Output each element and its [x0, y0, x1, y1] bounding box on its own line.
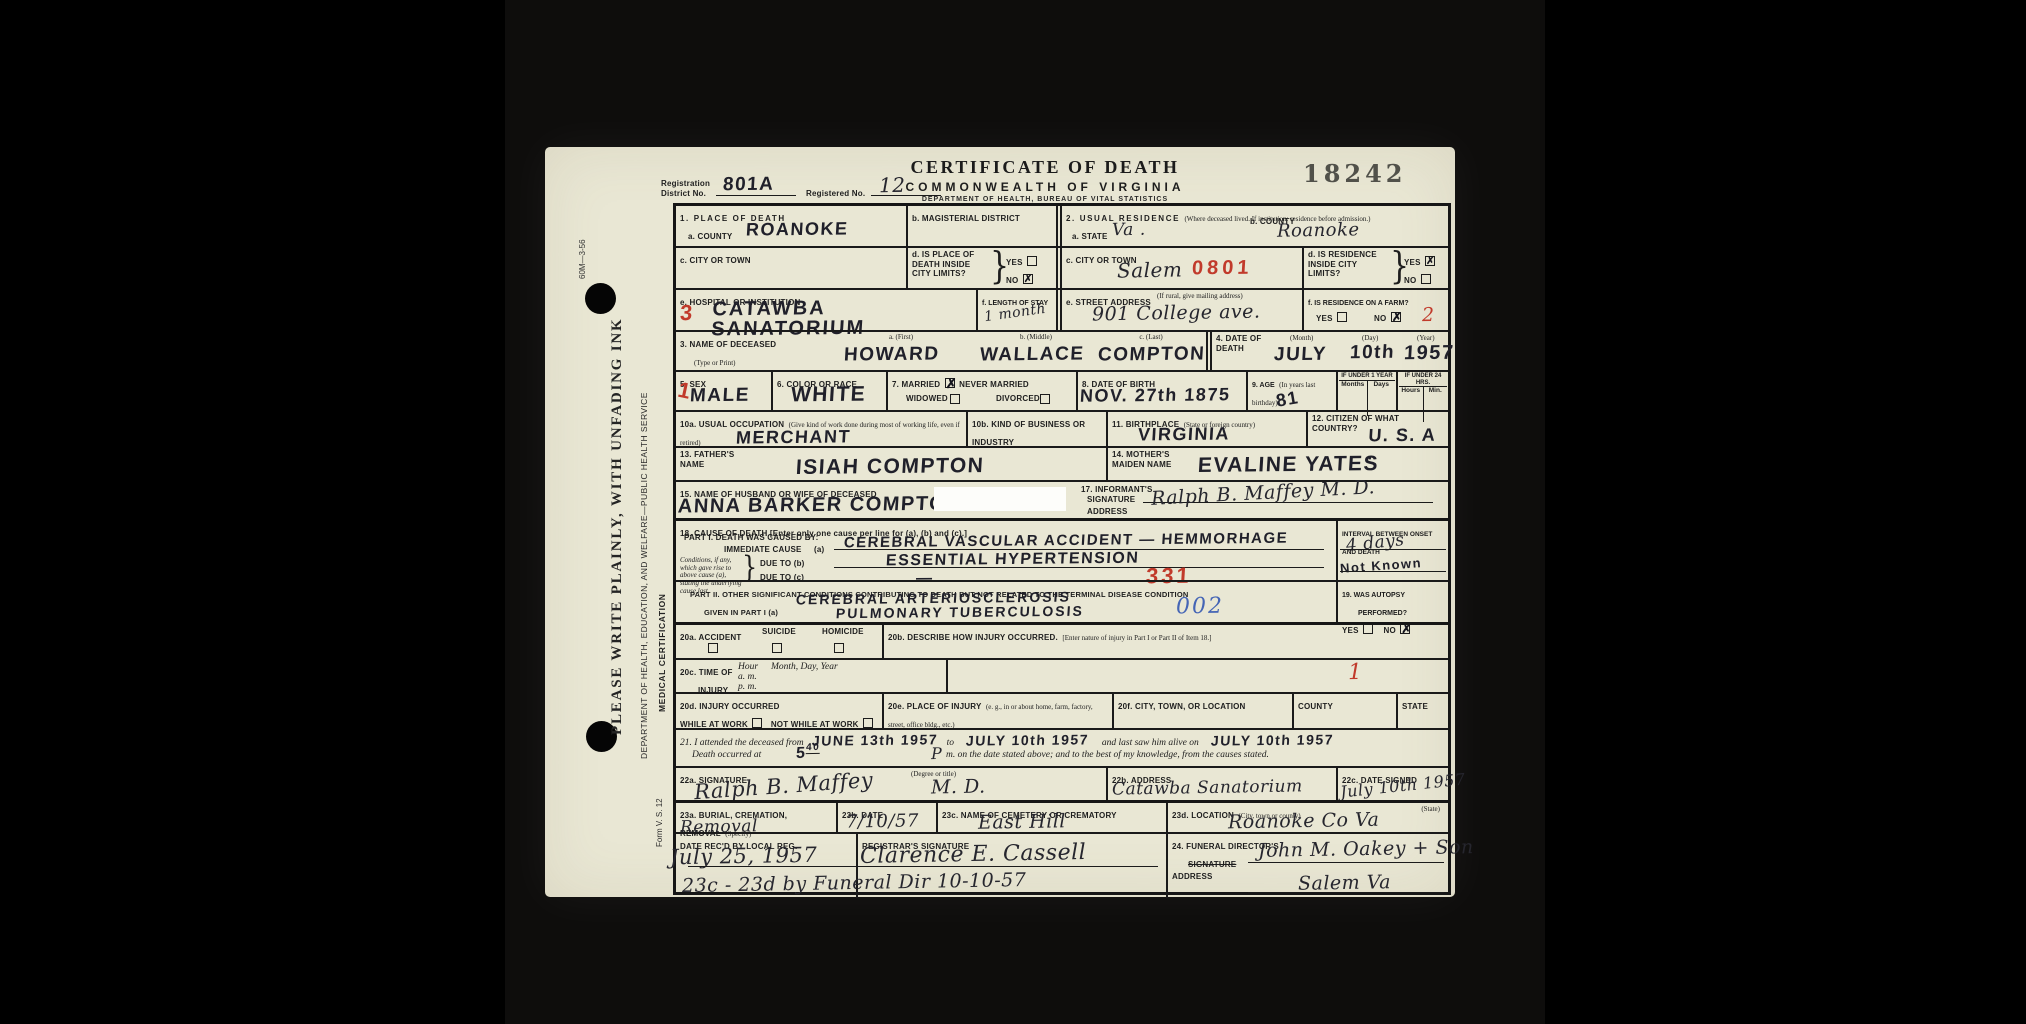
field-cause-part2: PART II. OTHER SIGNIFICANT CONDITIONS CO…	[676, 582, 1336, 622]
residence-city-value: Salem	[1117, 259, 1183, 280]
field-father: 13. FATHER'S NAME ISIAH COMPTON	[676, 448, 1106, 480]
death-limits-no-checkbox: ✗	[1023, 274, 1033, 284]
part2-code: 002	[1176, 596, 1224, 619]
middle-name-label: b. (Middle)	[980, 334, 1092, 342]
death-limits-label: d. IS PLACE OF DEATH INSIDE CITY LIMITS?	[912, 250, 984, 279]
certificate-header: CERTIFICATE OF DEATH COMMONWEALTH OF VIR…	[875, 157, 1215, 203]
last-seen-value: JULY 10th 1957	[1211, 732, 1335, 747]
physician-signature-value: Ralph B. Maffey	[693, 770, 873, 803]
field-mother: 14. MOTHER'S MAIDEN NAME EVALINE YATES	[1106, 448, 1448, 480]
birthplace-value: VIRGINIA	[1137, 425, 1230, 444]
death-city-label: c. CITY OR TOWN	[680, 256, 751, 265]
residence-city-code: 0801	[1191, 258, 1253, 279]
row-time-of-injury: 20c. TIME OF Hour Month, Day, Year INJUR…	[676, 658, 1448, 692]
field-burial: 23a. BURIAL, CREMATION, REMOVAL (Specify…	[676, 803, 836, 832]
field-time-of-injury-blank: 1	[946, 660, 1448, 692]
first-name-value: HOWARD	[843, 345, 940, 365]
age-label: 9. AGE	[1252, 382, 1275, 389]
field-death-inside-limits: d. IS PLACE OF DEATH INSIDE CITY LIMITS?…	[906, 248, 1056, 288]
informant-address-label: ADDRESS	[1087, 507, 1128, 517]
accident-label: 20a. ACCIDENT	[680, 633, 741, 642]
field-injury-state: STATE	[1396, 694, 1448, 728]
row-sex-race-age: 5. SEX 1 MALE 6. COLOR OR RACE WHITE 7. …	[676, 370, 1448, 410]
sex-value: MALE	[689, 386, 750, 406]
field-residence-farm: f. IS RESIDENCE ON A FARM? YES NO ✗ 2	[1302, 290, 1448, 330]
row-hospital-street: e. HOSPITAL OR INSTITUTION 3 CATAWBA SAN…	[676, 288, 1448, 330]
field-date-of-birth: 8. DATE OF BIRTH NOV. 27th 1875	[1076, 372, 1246, 410]
street-value: 901 College ave.	[1092, 303, 1261, 325]
residence-limits-label: d. IS RESIDENCE INSIDE CITY LIMITS?	[1308, 250, 1383, 279]
magisterial-label: b. MAGISTERIAL DISTRICT	[912, 214, 1020, 223]
no-label: NO	[1006, 276, 1018, 285]
no-label: NO	[1404, 276, 1416, 285]
interval-b-value: Not Known	[1340, 556, 1423, 575]
field-residence-city: c. CITY OR TOWN Salem 0801	[1056, 248, 1302, 288]
field-birthplace: 11. BIRTHPLACE (State or foreign country…	[1106, 412, 1306, 446]
farm-yes: YES	[1316, 308, 1347, 326]
divorced-checkbox	[1040, 394, 1050, 404]
homicide-checkbox	[834, 643, 844, 653]
field-date-of-death: 4. DATE OF DEATH (Month) (Day) (Year) JU…	[1206, 332, 1448, 370]
divorced-label: DIVORCED	[996, 394, 1040, 404]
funeral-address-value: Salem Va	[1298, 873, 1391, 894]
autopsy-label-1: 19. WAS AUTOPSY	[1342, 592, 1405, 599]
under24-label: IF UNDER 24 HRS.	[1399, 373, 1447, 386]
field-injury-city: 20f. CITY, TOWN, OR LOCATION	[1112, 694, 1292, 728]
part2-value-2: PULMONARY TUBERCULOSIS	[835, 604, 1084, 621]
county-label: a. COUNTY	[688, 232, 732, 241]
widowed-label: WIDOWED	[906, 394, 948, 404]
field-under-24-hrs: IF UNDER 24 HRS. Hours Min.	[1396, 372, 1448, 410]
middle-name-value: WALLACE	[979, 344, 1085, 364]
death-certificate: 60M—3-56 PLEASE WRITE PLAINLY, WITH UNFA…	[545, 147, 1455, 897]
residence-limits-no: NO	[1404, 270, 1431, 288]
dob-value: NOV. 27th 1875	[1079, 385, 1231, 405]
field-cemetery-location: 23d. LOCATION (City, town or county) (St…	[1166, 803, 1448, 832]
location-state-note: (State)	[1421, 806, 1440, 814]
redaction-box	[934, 487, 1066, 511]
row-physician-signature: 22a. SIGNATURE (Degree or title) Ralph B…	[676, 766, 1448, 800]
field-place-of-death-county: 1. PLACE OF DEATH a. COUNTY ROANOKE	[676, 206, 906, 246]
dept-line-vertical: DEPARTMENT OF HEALTH, EDUCATION, AND WEL…	[639, 392, 649, 759]
field-age: 9. AGE (In years last birthday) 81	[1246, 372, 1336, 410]
field-injury-county: COUNTY	[1292, 694, 1396, 728]
describe-injury-label: 20b. DESCRIBE HOW INJURY OCCURRED.	[888, 633, 1058, 642]
residence-limits-yes: YES ✗	[1404, 252, 1435, 270]
commonwealth-subtitle: COMMONWEALTH OF VIRGINIA	[875, 180, 1215, 194]
field-describe-injury: 20b. DESCRIBE HOW INJURY OCCURRED. [Ente…	[882, 625, 1448, 658]
location-label: 23d. LOCATION	[1172, 811, 1234, 820]
injury-county-label: COUNTY	[1298, 702, 1333, 711]
row-injury-place: 20d. INJURY OCCURRED WHILE AT WORK NOT W…	[676, 692, 1448, 728]
injury-city-label: 20f. CITY, TOWN, OR LOCATION	[1118, 702, 1246, 711]
dod-month-label: (Month)	[1290, 335, 1313, 343]
death-occurred-suffix: m. on the date stated above; and to the …	[946, 750, 1269, 761]
cemetery-value: East Hill	[978, 812, 1066, 833]
bureau-line: DEPARTMENT OF HEALTH, BUREAU OF VITAL ST…	[875, 196, 1215, 203]
interval-a-line	[1340, 549, 1446, 550]
field-injury-occurred: 20d. INJURY OCCURRED WHILE AT WORK NOT W…	[676, 694, 882, 728]
row-registrar: DATE REC'D BY LOCAL REG. July 25, 1957 R…	[676, 832, 1448, 898]
funeral-director-value: John M. Oakey + Son	[1258, 838, 1474, 861]
funeral-signature-label: SIGNATURE	[1188, 860, 1236, 869]
state-label: a. STATE	[1072, 232, 1108, 241]
row-parents: 13. FATHER'S NAME ISIAH COMPTON 14. MOTH…	[676, 446, 1448, 480]
field-hospital: e. HOSPITAL OR INSTITUTION 3 CATAWBA SAN…	[676, 290, 976, 330]
serial-number-stamp: 18242	[1303, 159, 1407, 188]
field-race: 6. COLOR OR RACE WHITE	[771, 372, 886, 410]
never-married-label: NEVER MARRIED	[959, 380, 1029, 389]
medical-certification-vertical: MEDICAL CERTIFICATION	[657, 593, 667, 712]
residence-limits-yes-checkbox: ✗	[1425, 256, 1435, 266]
field-interval: INTERVAL BETWEEN ONSET AND DEATH 4 days …	[1336, 521, 1448, 580]
field-date-signed: 22c. DATE SIGNED July 10th 1957	[1336, 768, 1448, 800]
burial-date-value: 7/10/57	[846, 812, 919, 831]
not-while-checkbox	[863, 718, 873, 728]
field-residence-inside-limits: d. IS RESIDENCE INSIDE CITY LIMITS? } YE…	[1302, 248, 1448, 288]
county-value: ROANOKE	[745, 219, 849, 238]
widowed-checkbox	[950, 394, 960, 404]
dod-year-value: 1957	[1403, 343, 1455, 364]
location-value: Roanoke Co Va	[1228, 811, 1380, 833]
first-name-label: a. (First)	[830, 334, 972, 342]
attended-from-value: JUNE 13th 1957	[812, 732, 939, 747]
name-label: 3. NAME OF DECEASED	[680, 340, 776, 349]
form-grid: 1. PLACE OF DEATH a. COUNTY ROANOKE b. M…	[673, 203, 1451, 895]
field-attended: 21. I attended the deceased from JUNE 13…	[676, 730, 1448, 766]
field-occupation: 10a. USUAL OCCUPATION (Give kind of work…	[676, 412, 966, 446]
row-accident: 20a. ACCIDENT SUICIDE HOMICIDE 20b. DESC…	[676, 622, 1448, 658]
date-received-value: July 25, 1957	[670, 845, 818, 869]
field-street-address: e. STREET ADDRESS (If rural, give mailin…	[1056, 290, 1302, 330]
field-burial-date: 23b. DATE 7/10/57	[836, 803, 936, 832]
accident-checkbox	[708, 643, 718, 653]
registrar-line	[688, 866, 1158, 867]
no-label: NO	[1374, 314, 1386, 323]
death-meridiem: P	[931, 746, 943, 762]
describe-injury-note: [Enter nature of injury in Part I or Par…	[1062, 634, 1211, 642]
registration-label: Registration	[661, 179, 710, 189]
death-limits-yes-checkbox	[1027, 256, 1037, 266]
informant-signature-label: SIGNATURE	[1087, 495, 1135, 505]
state-value: Va .	[1112, 222, 1146, 240]
field-death-city: c. CITY OR TOWN	[676, 248, 906, 288]
attended-text-2: and last saw him alive on	[1102, 738, 1199, 748]
row-cause-of-death: 18. CAUSE OF DEATH [Enter only one cause…	[676, 518, 1448, 580]
part2-label2: GIVEN IN PART I (a)	[704, 608, 778, 617]
field-length-of-stay: f. LENGTH OF STAY 1 month	[976, 290, 1056, 330]
conditions-brace: }	[742, 552, 757, 582]
informant-label: 17. INFORMANT'S	[1081, 485, 1153, 495]
physician-address-value: Catawba Sanatorium	[1112, 778, 1303, 798]
farm-code: 2	[1422, 306, 1435, 325]
death-time-min: 40	[806, 743, 821, 754]
suicide-label: SUICIDE	[762, 627, 796, 637]
injury-red-code: 1	[1348, 662, 1363, 684]
mother-value: EVALINE YATES	[1197, 453, 1379, 476]
immediate-cause-label: IMMEDIATE CAUSE	[724, 545, 802, 555]
field-citizen: 12. CITIZEN OF WHAT COUNTRY? U. S. A .	[1306, 412, 1448, 446]
funeral-address-line	[1248, 892, 1444, 893]
row-spouse-informant: 15. NAME OF HUSBAND OR WIFE OF DECEASED …	[676, 480, 1448, 518]
funeral-line	[1248, 862, 1444, 863]
cause-b-value: ESSENTIAL HYPERTENSION	[885, 551, 1139, 570]
write-plainly-vertical: PLEASE WRITE PLAINLY, WITH UNFADING INK	[609, 317, 626, 735]
field-sex: 5. SEX 1 MALE	[676, 372, 771, 410]
field-cemetery: 23c. NAME OF CEMETERY OR CREMATORY East …	[936, 803, 1166, 832]
yes-label: YES	[1316, 314, 1333, 323]
field-informant: 17. INFORMANT'S SIGNATURE ADDRESS Ralph …	[1071, 482, 1448, 518]
hospital-code: 3	[679, 302, 694, 324]
field-business: 10b. KIND OF BUSINESS OR INDUSTRY	[966, 412, 1106, 446]
field-name-of-deceased: 3. NAME OF DECEASED (Type or Print)	[676, 332, 826, 370]
district-no-value: 801A	[722, 175, 775, 195]
married-label: 7. MARRIED	[892, 380, 940, 389]
farm-yes-checkbox	[1337, 312, 1347, 322]
row-city-limits: c. CITY OR TOWN d. IS PLACE OF DEATH INS…	[676, 246, 1448, 288]
father-value: ISIAH COMPTON	[795, 455, 985, 478]
yes-label: YES	[1404, 258, 1421, 267]
place-of-injury-label: 20e. PLACE OF INJURY	[888, 702, 982, 711]
interval-b-line	[1340, 571, 1446, 572]
registrar-signature-value: Clarence E. Cassell	[860, 842, 1087, 868]
part1-label: PART I. DEATH WAS CAUSED BY:	[684, 533, 819, 543]
field-marital-status: 7. MARRIED ✗ NEVER MARRIED WIDOWED DIVOR…	[886, 372, 1076, 410]
mdy-label: Month, Day, Year	[771, 662, 838, 673]
injury-state-label: STATE	[1402, 702, 1428, 711]
print-code-vertical: 60M—3-56	[578, 239, 587, 279]
field-last-name: c. (Last) COMPTON	[1096, 332, 1206, 370]
due-b-label: DUE TO (b)	[760, 559, 805, 569]
cause-a-value: CEREBRAL VASCULAR ACCIDENT — HEMMORHAGE	[843, 531, 1288, 551]
row-burial: 23a. BURIAL, CREMATION, REMOVAL (Specify…	[676, 800, 1448, 832]
age-value: 81	[1275, 388, 1301, 410]
row-name-dod: 3. NAME OF DECEASED (Type or Print) a. (…	[676, 330, 1448, 370]
row-part2-autopsy: PART II. OTHER SIGNIFICANT CONDITIONS CO…	[676, 580, 1448, 622]
autopsy-label-2: PERFORMED?	[1358, 610, 1407, 617]
time-injury-label-1: 20c. TIME OF	[680, 668, 733, 677]
dod-month-value: JULY	[1273, 345, 1327, 365]
field-magisterial-district: b. MAGISTERIAL DISTRICT	[906, 206, 1056, 246]
cause-a-label: (a)	[814, 545, 824, 555]
field-physician-signature: 22a. SIGNATURE (Degree or title) Ralph B…	[676, 768, 1106, 800]
row-attended: 21. I attended the deceased from JUNE 13…	[676, 728, 1448, 766]
field-funeral-director: 24. FUNERAL DIRECTOR'S SIGNATURE John M.…	[1166, 834, 1448, 898]
street-note: (If rural, give mailing address)	[1157, 293, 1243, 301]
dod-day-value: 10th	[1349, 343, 1395, 362]
farm-label: f. IS RESIDENCE ON A FARM?	[1308, 300, 1409, 307]
residence-limits-no-checkbox	[1421, 274, 1431, 284]
death-limits-yes: YES	[1006, 252, 1037, 270]
last-name-label: c. (Last)	[1100, 334, 1202, 342]
death-limits-no: NO ✗	[1006, 270, 1033, 288]
row-place-residence: 1. PLACE OF DEATH a. COUNTY ROANOKE b. M…	[676, 206, 1448, 246]
form-vs12-vertical: Form V. S. 12	[655, 798, 664, 847]
residence-county-value: Roanoke	[1277, 221, 1360, 240]
farm-no-checkbox: ✗	[1391, 312, 1401, 322]
field-under-1-year: IF UNDER 1 YEAR Months Days	[1336, 372, 1396, 410]
last-name-value: COMPTON	[1097, 344, 1205, 364]
field-middle-name: b. (Middle) WALLACE	[976, 332, 1096, 370]
while-at-work-checkbox	[752, 718, 762, 728]
father-label: 13. FATHER'S NAME	[680, 450, 740, 469]
registered-no-label: Registered No.	[806, 189, 865, 199]
attended-text-1: 21. I attended the deceased from	[680, 738, 804, 748]
injury-occurred-label: 20d. INJURY OCCURRED	[680, 702, 780, 711]
under1-label: IF UNDER 1 YEAR	[1339, 373, 1395, 380]
spouse-value: ANNA BARKER COMPTON	[677, 494, 962, 517]
funeral-address-label: ADDRESS	[1172, 872, 1213, 882]
field-time-of-injury: 20c. TIME OF Hour Month, Day, Year INJUR…	[676, 660, 946, 692]
district-no-line	[716, 195, 796, 196]
death-occurred-label: Death occurred at	[692, 750, 761, 761]
dod-label: 4. DATE OF DEATH	[1216, 334, 1262, 353]
field-cause-part1: 18. CAUSE OF DEATH [Enter only one cause…	[676, 521, 1336, 580]
field-place-of-injury: 20e. PLACE OF INJURY (e. g., in or about…	[882, 694, 1112, 728]
field-first-name: a. (First) HOWARD	[826, 332, 976, 370]
field-autopsy: 19. WAS AUTOPSY PERFORMED? YES NO ✗	[1336, 582, 1448, 622]
married-checkbox: ✗	[945, 378, 955, 388]
field-usual-residence: 2. USUAL RESIDENCE (Where deceased lived…	[1056, 206, 1448, 246]
degree-value: M. D.	[931, 778, 986, 798]
occupation-value: MERCHANT	[735, 427, 851, 446]
field-accident-suicide-homicide: 20a. ACCIDENT SUICIDE HOMICIDE	[676, 625, 882, 658]
homicide-label: HOMICIDE	[822, 627, 864, 637]
field-physician-address: 22b. ADDRESS Catawba Sanatorium	[1106, 768, 1336, 800]
yes-label: YES	[1006, 258, 1023, 267]
row-occupation: 10a. USUAL OCCUPATION (Give kind of work…	[676, 410, 1448, 446]
race-value: WHITE	[790, 384, 866, 406]
attended-to-label: to	[947, 738, 954, 748]
informant-value: Ralph B. Maffey M. D.	[1151, 478, 1376, 509]
suicide-checkbox	[772, 643, 782, 653]
interval-a-value: 4 days	[1345, 532, 1405, 555]
certificate-title: CERTIFICATE OF DEATH	[875, 157, 1215, 178]
attended-to-value: JULY 10th 1957	[966, 732, 1090, 747]
farm-no: NO ✗	[1374, 308, 1401, 326]
business-label: 10b. KIND OF BUSINESS OR INDUSTRY	[972, 420, 1085, 447]
hole-punch-top	[585, 283, 616, 314]
district-no-label: District No.	[661, 189, 706, 199]
mother-label: 14. MOTHER'S MAIDEN NAME	[1112, 450, 1182, 469]
name-note: (Type or Print)	[694, 359, 736, 367]
